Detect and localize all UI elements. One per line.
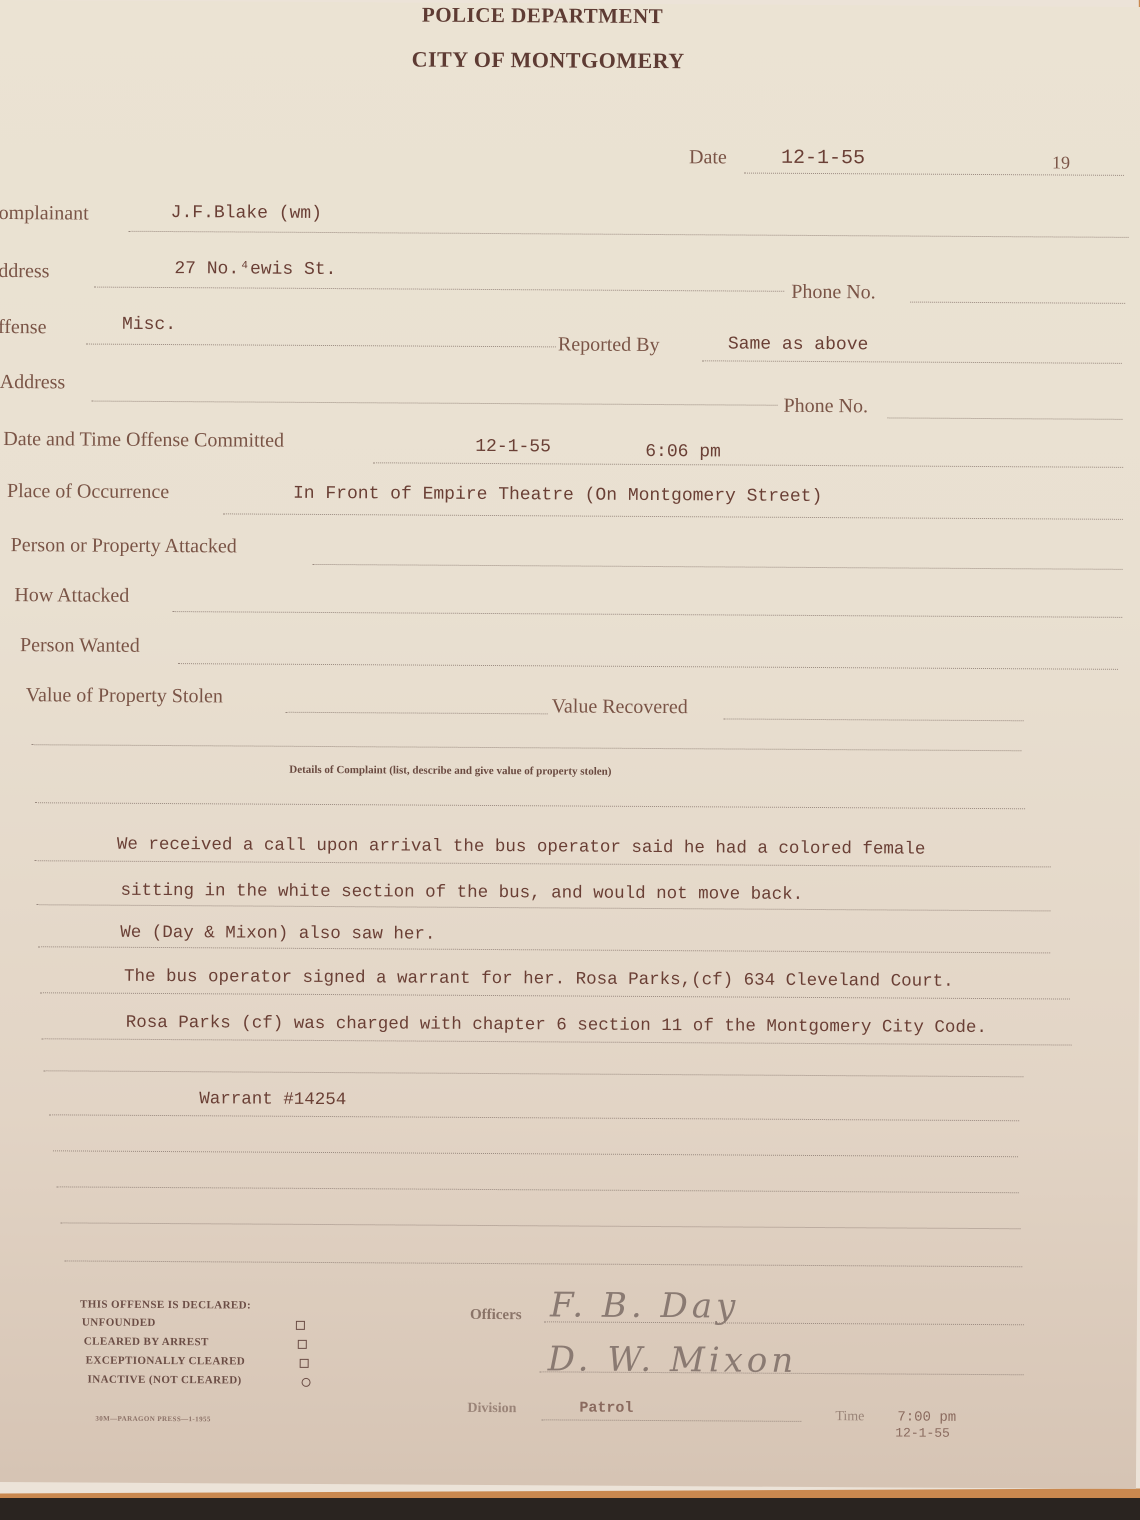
date-committed-value: 12-1-55 [475,437,551,457]
how-attacked-label: How Attacked [14,584,129,608]
checkbox-exceptionally-cleared[interactable] [300,1359,309,1368]
offense-value: Misc. [122,315,176,335]
warrant-number: Warrant #14254 [199,1089,346,1110]
complainant-value: J.F.Blake (wm) [171,203,322,224]
department-heading: POLICE DEPARTMENT [422,3,663,29]
details-line-3: We (Day & Mixon) also saw her. [120,923,435,945]
time-label: Time [835,1409,864,1425]
background-surface [0,1498,1140,1520]
officers-label: Officers [470,1307,522,1324]
police-report-form: POLICE DEPARTMENT CITY OF MONTGOMERY Dat… [0,0,1140,1489]
disposition-inactive[interactable]: INACTIVE (NOT CLEARED) [88,1374,308,1387]
disposition-inactive-label: INACTIVE (NOT CLEARED) [88,1374,242,1387]
division-label: Division [467,1401,516,1417]
value-stolen-label: Value of Property Stolen [26,684,223,708]
person-wanted-label: Person Wanted [20,634,140,658]
details-caption: Details of Complaint (list, describe and… [289,764,611,778]
details-line-4: The bus operator signed a warrant for he… [124,967,954,992]
officer-signature-mixon: D. W. Mixon [548,1339,798,1381]
phone-label-2: Phone No. [783,395,868,419]
date-label: Date [689,146,727,169]
disposition-cleared-by-arrest[interactable]: CLEARED BY ARREST [84,1336,304,1349]
reported-by-value: Same as above [728,334,869,355]
disposition-exceptionally-cleared[interactable]: EXCEPTIONALLY CLEARED [86,1355,306,1368]
value-recovered-label: Value Recovered [552,695,688,719]
phone-label-1: Phone No. [791,281,876,305]
disposition-exceptionally-cleared-label: EXCEPTIONALLY CLEARED [86,1355,246,1368]
officer-signature-day: F. B. Day [550,1285,739,1326]
reporter-address-label: Address [0,371,65,394]
place-value: In Front of Empire Theatre (On Montgomer… [293,484,822,507]
place-label: Place of Occurrence [7,480,169,504]
date-value: 12-1-55 [781,147,865,171]
complainant-label: omplainant [0,202,89,226]
time-value: 7:00 pm [897,1410,956,1426]
disposition-title: THIS OFFENSE IS DECLARED: [80,1299,251,1312]
disposition-unfounded-label: UNFOUNDED [82,1317,156,1329]
checkbox-inactive[interactable] [302,1378,311,1387]
person-property-attacked-label: Person or Property Attacked [11,534,237,558]
details-line-5: Rosa Parks (cf) was charged with chapter… [126,1013,987,1038]
address-value: 27 No.⁴ewis St. [174,259,336,280]
details-line-1: We received a call upon arrival the bus … [117,835,926,860]
disposition-unfounded[interactable]: UNFOUNDED [82,1317,302,1330]
printer-mark: 30M—PARAGON PRESS—1-1955 [95,1415,210,1424]
date-year-prefix: 19 [1052,152,1070,173]
checkbox-unfounded[interactable] [296,1321,305,1330]
division-value: Patrol [579,1400,633,1417]
reported-by-label: Reported By [558,333,660,357]
disposition-cleared-by-arrest-label: CLEARED BY ARREST [84,1336,209,1349]
city-heading: CITY OF MONTGOMERY [412,47,685,75]
time-committed-value: 6:06 pm [645,442,721,462]
date-time-committed-label: Date and Time Offense Committed [3,428,284,453]
checkbox-cleared-by-arrest[interactable] [298,1340,307,1349]
time-date-value: 12-1-55 [895,1425,950,1440]
offense-label: ffense [0,316,47,339]
details-line-2: sitting in the white section of the bus,… [120,881,803,905]
address-label: ddress [0,260,50,283]
